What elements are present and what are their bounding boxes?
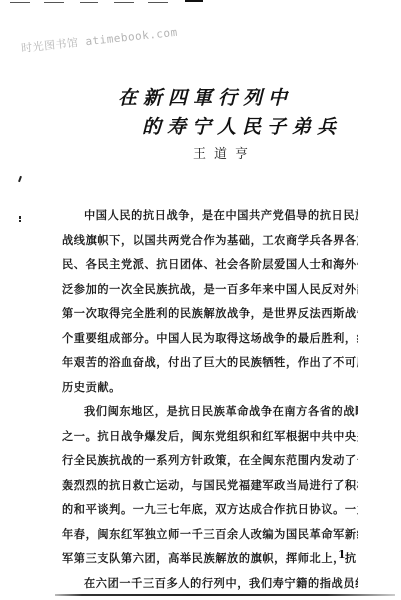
margin-speck bbox=[18, 176, 22, 182]
scan-top-edge-marks bbox=[0, 0, 401, 10]
scan-mark bbox=[80, 2, 98, 3]
body-line: 年春，闽东红军独立师一千三百余人改编为国民革命军新编第四 bbox=[62, 522, 358, 547]
body-line: 年艰苦的浴血奋战，付出了巨大的民族牺牲，作出了不可磨灭的 bbox=[62, 350, 358, 375]
margin-speck bbox=[19, 220, 21, 222]
scan-mark bbox=[10, 2, 30, 3]
scan-bottom-edge bbox=[55, 594, 395, 596]
body-line: 泛参加的一次全民族抗战，是一百多年来中国人民反对外敌入侵 bbox=[62, 277, 358, 302]
scan-mark bbox=[185, 0, 203, 2]
scan-mark bbox=[114, 2, 134, 3]
body-line: 第一次取得完全胜利的民族解放战争，是世界反法西斯战争的一 bbox=[62, 301, 358, 326]
article-body: 中国人民的抗日战争，是在中国共产党倡导的抗日民族统一 战线旗帜下，以国共两党合作… bbox=[62, 203, 358, 595]
body-line: 的和平谈判。一九三七年底，双方达成合作抗日协议。一九三八 bbox=[62, 497, 358, 522]
body-line: 战线旗帜下，以国共两党合作为基础，工农商学兵各界各族人 bbox=[62, 228, 358, 253]
body-line: 轰烈烈的抗日救亡运动，与国民党福建军政当局进行了积极抗日 bbox=[62, 473, 358, 498]
page-number: 1 bbox=[338, 548, 346, 561]
body-line: 之一。抗日战争爆发后，闽东党组织和红军根据中共中央关于实 bbox=[62, 424, 358, 449]
scan-mark bbox=[44, 2, 64, 3]
margin-speck bbox=[19, 216, 21, 219]
article-title-line-2: 的寿宁人民子弟兵 bbox=[142, 112, 342, 139]
watermark: 时光图书馆 atimebook.com bbox=[20, 24, 178, 56]
body-line: 军第三支队第六团，高举民族解放的旗帜，挥师北上，抗日救国。 bbox=[62, 546, 358, 571]
body-line: 个重要组成部分。中国人民为取得这场战争的最后胜利，经过八 bbox=[62, 326, 358, 351]
body-line: 在六团一千三百多人的行列中，我们寿宁籍的指战员约有一 bbox=[62, 571, 358, 596]
body-line: 行全民族抗战的一系列方针政策，在全闽东范围内发动了一场轰 bbox=[62, 448, 358, 473]
article-title-line-1: 在新四軍行列中 bbox=[118, 83, 293, 110]
scan-mark bbox=[148, 2, 168, 3]
body-line: 历史贡献。 bbox=[62, 375, 358, 400]
body-line: 中国人民的抗日战争，是在中国共产党倡导的抗日民族统一 bbox=[62, 203, 358, 228]
body-line: 民、各民主党派、抗日团体、社会各阶层爱国人士和海外侨胞广 bbox=[62, 252, 358, 277]
article-author: 王道亨 bbox=[193, 143, 256, 162]
body-line: 我们闽东地区，是抗日民族革命战争在南方各省的战略支点 bbox=[62, 399, 358, 424]
